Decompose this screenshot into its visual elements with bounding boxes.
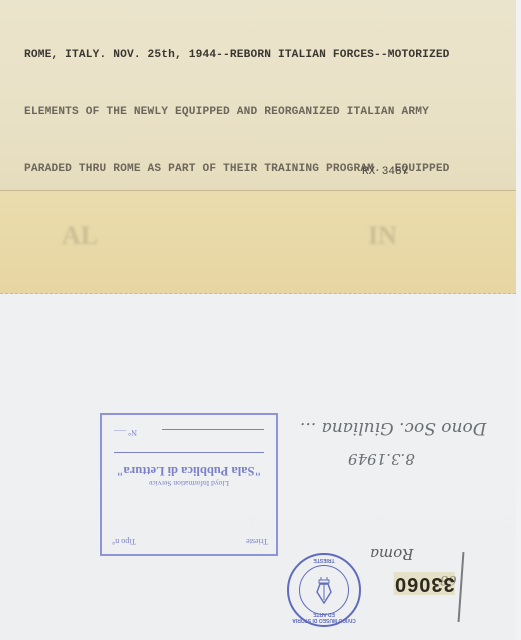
handwritten-date: 8.3.1949 <box>348 450 415 468</box>
stamp-rule <box>162 429 264 430</box>
sheet-edge <box>516 0 521 640</box>
stamp-number-label: N° ...... <box>114 428 137 437</box>
caption-sheet: ROME, ITALY. NOV. 25th, 1944--REBORN ITA… <box>0 0 516 191</box>
stamp-service: Lloyd Information Service <box>102 479 276 488</box>
seal-ring-text: CIVICO MUSEO DI STORIA ED ARTE <box>289 611 359 623</box>
stamp-type: Tipo n° <box>112 537 136 546</box>
archive-number-stamp: 33060 <box>394 572 455 595</box>
stamp-title: "Sala Pubblica di Lettura" <box>102 463 276 478</box>
library-stamp: Trieste Tipo n° Lloyd Information Servic… <box>100 413 278 556</box>
caption-line: ELEMENTS OF THE NEWLY EQUIPPED AND REORG… <box>24 103 494 122</box>
caption-line: PARADED THRU ROME AS PART OF THEIR TRAIN… <box>24 160 494 179</box>
handwritten-dedication: Dono Soc. Giuliana ... <box>300 418 486 438</box>
caption-line: ROME, ITALY. NOV. 25th, 1944--REBORN ITA… <box>24 46 494 65</box>
handwritten-city: Roma <box>370 545 414 563</box>
ink-bleed-mark: AL <box>62 221 98 251</box>
halberd-emblem-icon <box>313 576 335 604</box>
seal-bottom-text: TRIESTE <box>289 557 359 563</box>
ink-bleed-mark: IN <box>368 221 397 251</box>
reference-number: RX 3487 <box>362 166 408 178</box>
museum-seal: CIVICO MUSEO DI STORIA ED ARTE TRIESTE <box>287 553 361 627</box>
stamp-city: Trieste <box>246 537 268 546</box>
stamp-rule <box>114 452 264 453</box>
stamp-header: Trieste Tipo n° <box>112 537 268 546</box>
fold-band: AL IN <box>0 191 516 294</box>
